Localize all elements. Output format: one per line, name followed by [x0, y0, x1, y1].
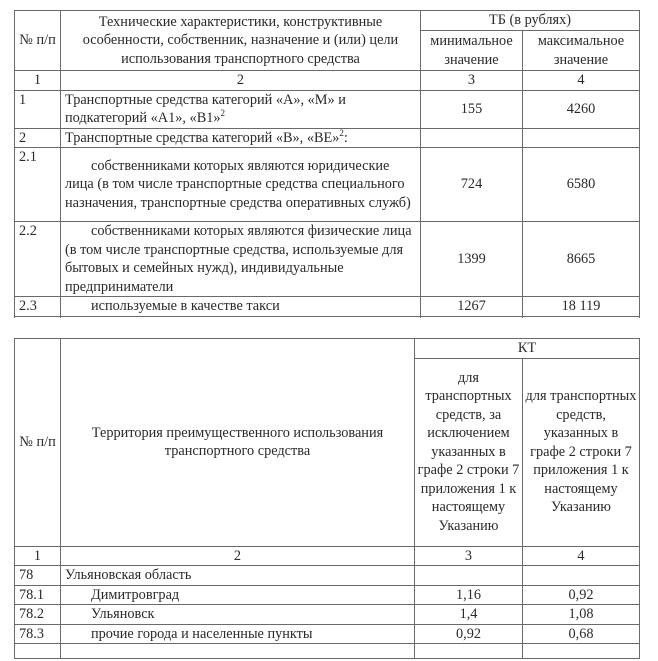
table-row: 78.1 Димитровград 1,16 0,92 — [15, 585, 640, 605]
header-territory: Территория преимущественного использован… — [61, 339, 415, 547]
column-numbers-row: 1 2 3 4 — [15, 71, 640, 91]
row-max: 6580 — [523, 148, 640, 222]
header-description: Технические характеристики, конструктивн… — [61, 11, 421, 71]
row-text: используемые в качестве такси — [61, 297, 421, 317]
kt-table: № п/п Территория преимущественного испол… — [14, 338, 640, 659]
row-text: Димитровград — [61, 585, 415, 605]
header-num: № п/п — [15, 339, 61, 547]
row-num: 1 — [15, 90, 61, 128]
row-max: 18 119 — [523, 297, 640, 317]
table-row-cut — [15, 644, 640, 659]
header-min: минимальное значение — [421, 31, 523, 71]
table-row: 78 Ульяновская область — [15, 566, 640, 586]
row-text: собственниками которых являются физическ… — [61, 222, 421, 297]
table-row: 2.3 используемые в качестве такси 1267 1… — [15, 297, 640, 317]
row-col4: 0,68 — [523, 624, 640, 644]
row-min: 155 — [421, 90, 523, 128]
column-number: 2 — [61, 71, 421, 91]
row-min — [421, 128, 523, 148]
column-number: 2 — [61, 546, 415, 566]
column-numbers-row: 1 2 3 4 — [15, 546, 640, 566]
row-text: собственниками которых являются юридичес… — [61, 148, 421, 222]
row-text: Транспортные средства категорий «В», «ВЕ… — [65, 130, 339, 146]
row-min: 724 — [421, 148, 523, 222]
header-max: максимальное значение — [523, 31, 640, 71]
row-text: Транспортные средства категорий «А», «М»… — [65, 92, 346, 127]
column-number: 1 — [15, 546, 61, 566]
row-max — [523, 128, 640, 148]
header-kt-group: КТ — [415, 339, 640, 359]
row-num: 2.1 — [15, 148, 61, 222]
row-num: 2 — [15, 128, 61, 148]
row-num: 78.3 — [15, 624, 61, 644]
row-col4: 1,08 — [523, 605, 640, 625]
row-text: Ульяновск — [61, 605, 415, 625]
row-num: 2.3 — [15, 297, 61, 317]
column-number: 1 — [15, 71, 61, 91]
row-text: прочие города и населенные пункты — [61, 624, 415, 644]
kt-table-fragment: № п/п Территория преимущественного испол… — [0, 318, 658, 661]
header-tb-group: ТБ (в рублях) — [421, 11, 640, 31]
row-col4 — [523, 566, 640, 586]
header-col3: для транспортных средств, за исключением… — [415, 358, 523, 546]
row-max: 4260 — [523, 90, 640, 128]
column-number: 4 — [523, 71, 640, 91]
footnote-ref: 2 — [221, 108, 226, 118]
row-col4: 0,92 — [523, 585, 640, 605]
row-text: Ульяновская область — [61, 566, 415, 586]
row-min: 1267 — [421, 297, 523, 317]
row-col3 — [415, 566, 523, 586]
table-row: 78.2 Ульяновск 1,4 1,08 — [15, 605, 640, 625]
row-col3: 1,16 — [415, 585, 523, 605]
row-col3: 1,4 — [415, 605, 523, 625]
column-number: 4 — [523, 546, 640, 566]
column-number: 3 — [421, 71, 523, 91]
table-row: 78.3 прочие города и населенные пункты 0… — [15, 624, 640, 644]
table-row: 2 Транспортные средства категорий «В», «… — [15, 128, 640, 148]
row-min: 1399 — [421, 222, 523, 297]
table-row: 2.1 собственниками которых являются юрид… — [15, 148, 640, 222]
row-suffix: : — [344, 130, 348, 146]
row-num: 78.1 — [15, 585, 61, 605]
column-number: 3 — [415, 546, 523, 566]
row-num: 78 — [15, 566, 61, 586]
table-row: 1 Транспортные средства категорий «А», «… — [15, 90, 640, 128]
table-row: 2.2 собственниками которых являются физи… — [15, 222, 640, 297]
header-num: № п/п — [15, 11, 61, 71]
header-col4: для транспортных средств, указанных в гр… — [523, 358, 640, 546]
row-num: 2.2 — [15, 222, 61, 297]
row-num: 78.2 — [15, 605, 61, 625]
tb-table: № п/п Технические характеристики, констр… — [14, 10, 640, 318]
tb-table-fragment: № п/п Технические характеристики, констр… — [0, 0, 658, 318]
row-col3: 0,92 — [415, 624, 523, 644]
row-max: 8665 — [523, 222, 640, 297]
